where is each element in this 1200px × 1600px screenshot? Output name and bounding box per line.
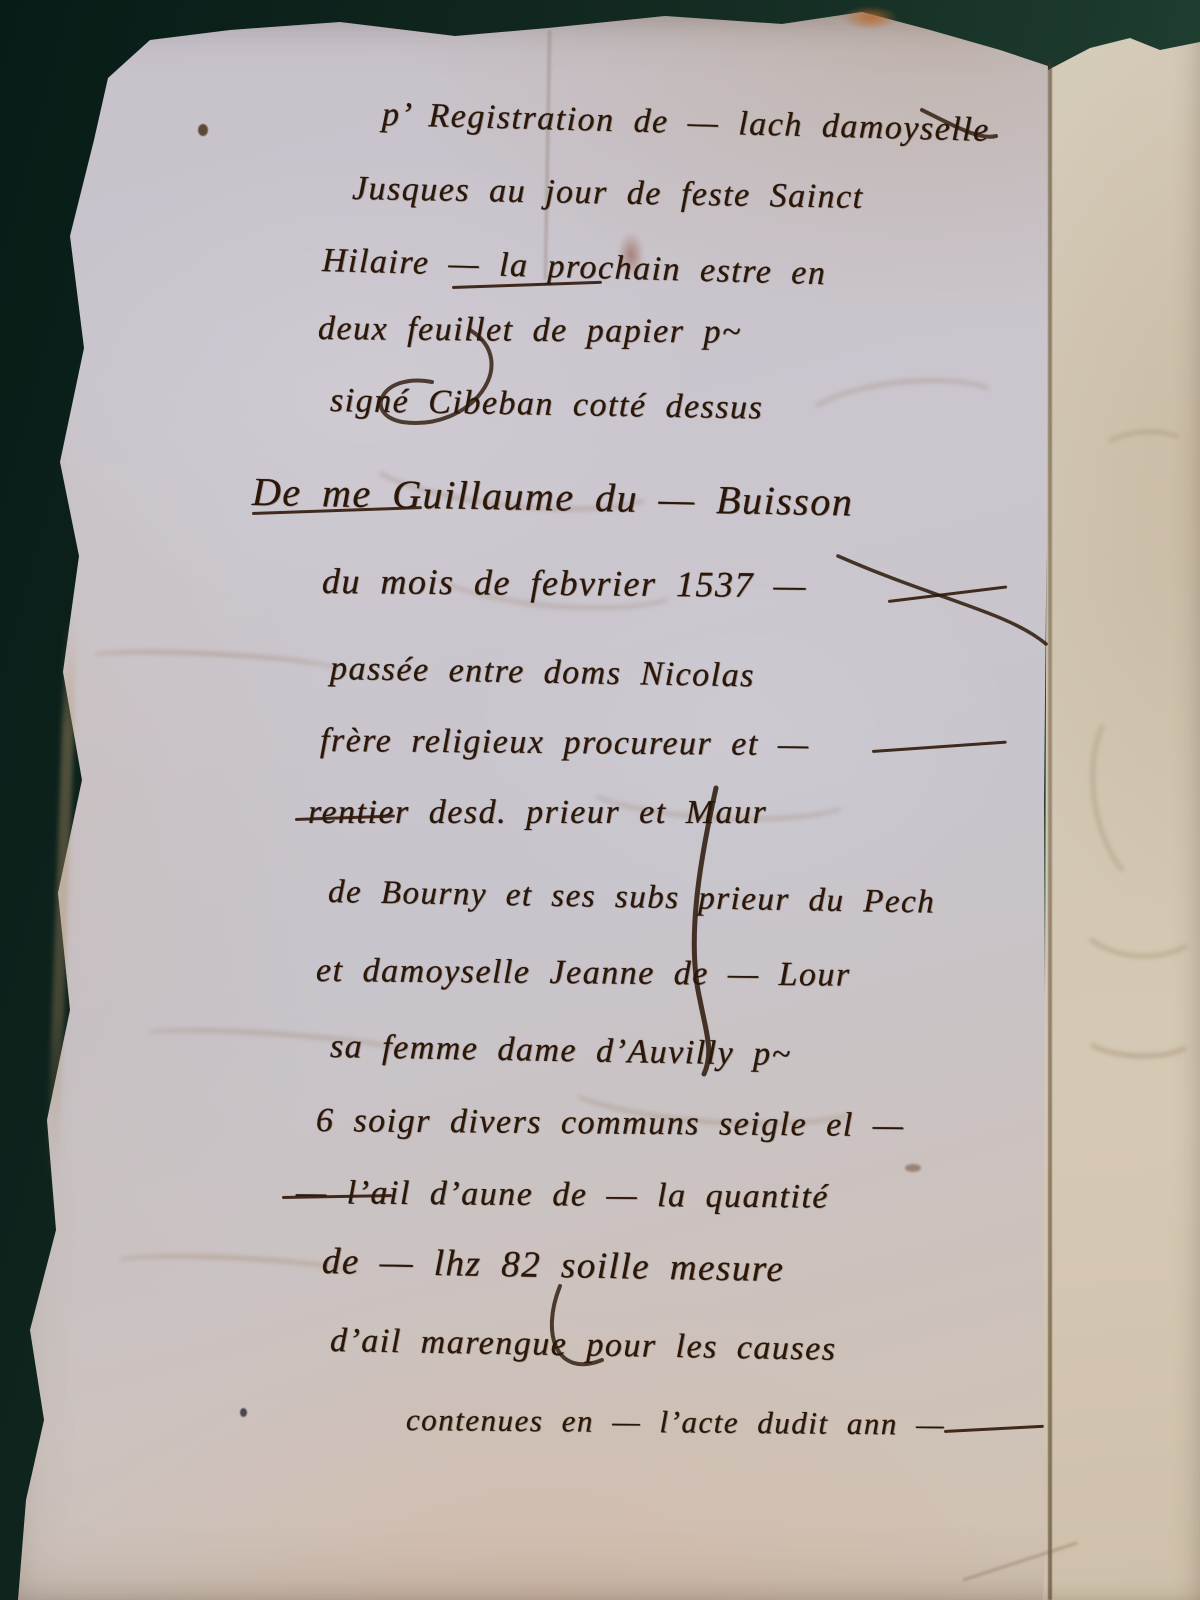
manuscript-photo: p’ Registration de — lach damoyselle Jus…	[0, 0, 1200, 1600]
ink-flourish-strokes	[0, 0, 1200, 1600]
